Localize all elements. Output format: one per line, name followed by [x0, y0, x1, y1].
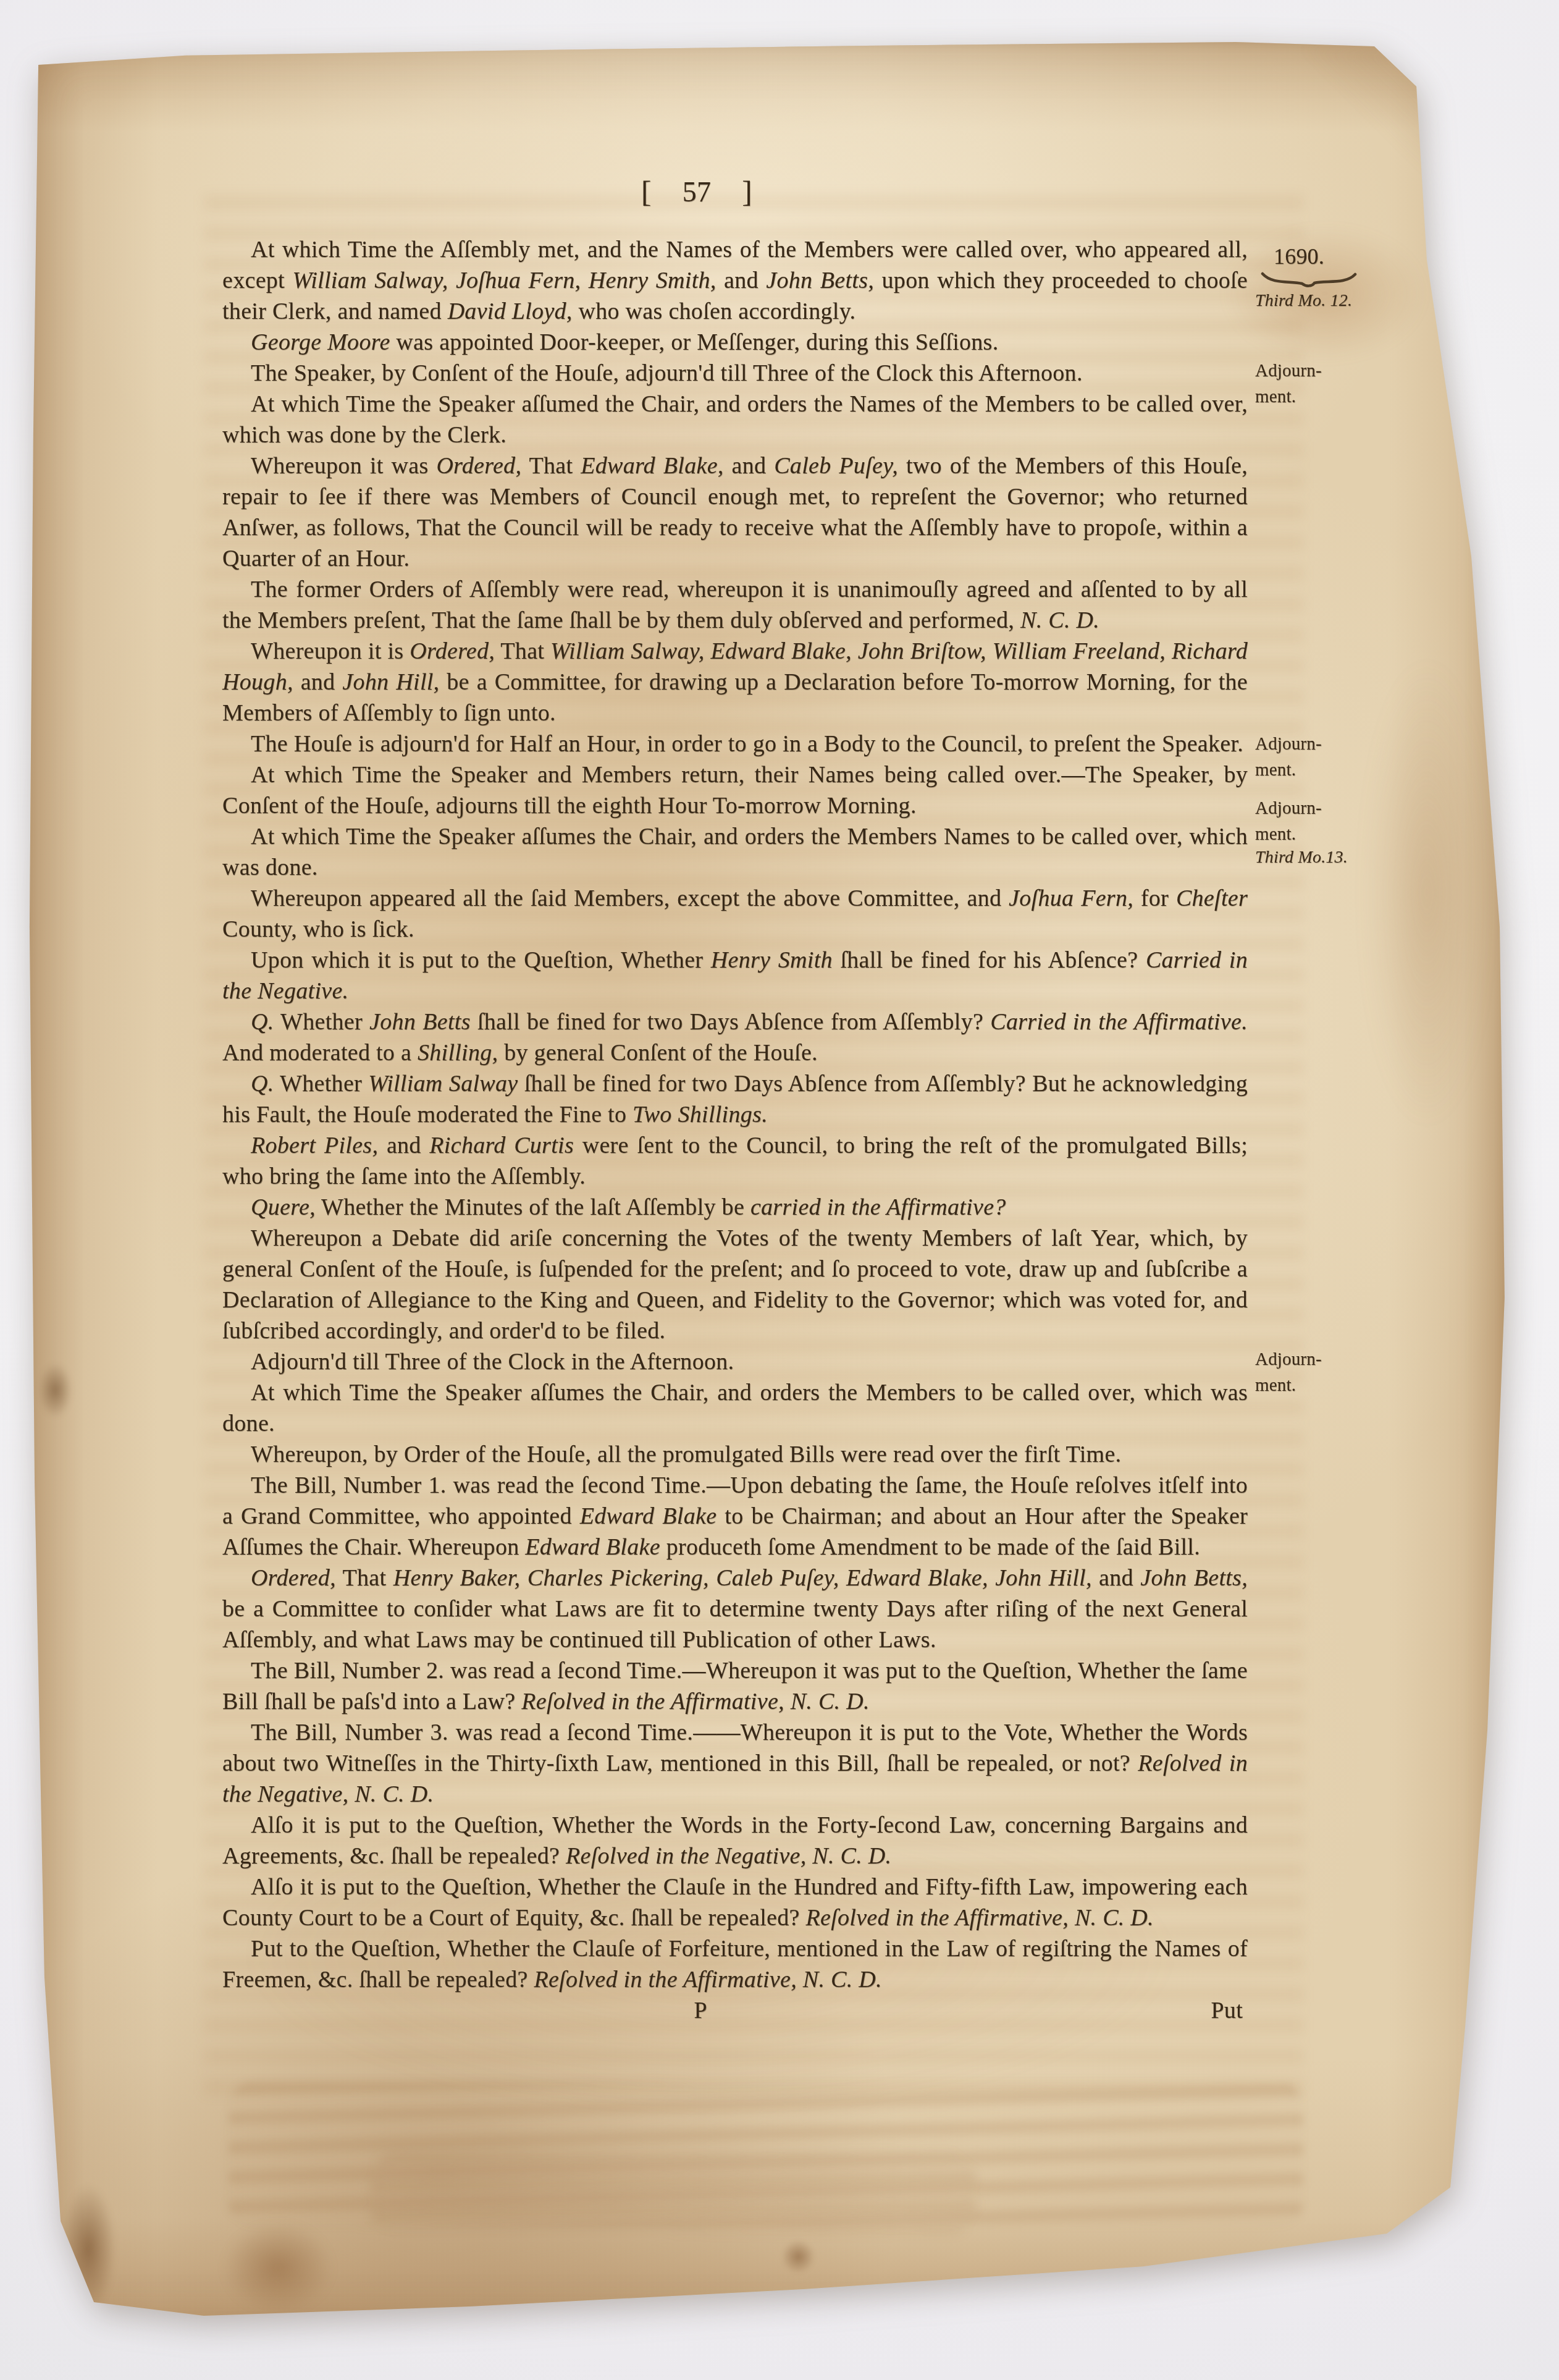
margin-note-adjournment-3: Adjourn- ment. [1255, 795, 1410, 847]
stain [61, 2184, 116, 2314]
paragraph: Whereupon it is Ordered, That William Sa… [222, 636, 1248, 728]
paragraph: Alſo it is put to the Queſtion, Whether … [222, 1810, 1248, 1872]
corner-fold-shadow [1297, 46, 1495, 207]
paragraph: Ordered, That Henry Baker, Charles Picke… [222, 1563, 1248, 1655]
page-number-bracket-left: [ [641, 174, 652, 208]
paragraph: Alſo it is put to the Queſtion, Whether … [222, 1872, 1248, 1933]
paragraph: At which Time the Aſſembly met, and the … [222, 234, 1248, 327]
paper-sheet: [57] At which Time the Aſſembly met, and… [25, 40, 1507, 2332]
paragraph: At which Time the Speaker and Members re… [222, 759, 1248, 821]
margin-note-adjournment-1: Adjourn- ment. [1255, 358, 1410, 410]
paragraph: Whereupon, by Order of the Houſe, all th… [222, 1439, 1248, 1470]
margin-note-date-1690: 1690. Third Mo. 12. [1255, 243, 1410, 312]
paragraph: Whereupon appeared all the ſaid Members,… [222, 883, 1248, 945]
paragraph: The Bill, Number 3. was read a ſecond Ti… [222, 1717, 1248, 1810]
paragraph: At which Time the Speaker aſſumes the Ch… [222, 1377, 1248, 1439]
page-number-value: 57 [683, 176, 712, 208]
paragraph: Quere, Whether the Minutes of the laſt A… [222, 1192, 1248, 1223]
document-page: [57] At which Time the Aſſembly met, and… [25, 40, 1507, 2332]
stain [781, 2240, 815, 2274]
paragraph: Put to the Queſtion, Whether the Clauſe … [222, 1933, 1248, 1995]
paragraph: The Speaker, by Conſent of the Houſe, ad… [222, 358, 1248, 389]
paragraph: The Bill, Number 1. was read the ſecond … [222, 1470, 1248, 1563]
margin-note-adjournment-2: Adjourn- ment. [1255, 731, 1410, 783]
page-number-bracket-right: ] [742, 174, 752, 208]
paragraph: Q. Whether William Salway ſhall be fined… [222, 1068, 1248, 1130]
text-block: [57] At which Time the Aſſembly met, and… [222, 176, 1248, 2027]
paragraph: Whereupon a Debate did ariſe concerning … [222, 1223, 1248, 1346]
paragraph: Upon which it is put to the Queſtion, Wh… [222, 945, 1248, 1006]
stain [222, 2221, 334, 2314]
page-number: [57] [184, 176, 1209, 224]
margin-year: 1690. [1255, 243, 1410, 270]
stain [1365, 658, 1489, 1128]
signature-line: P Put [222, 1995, 1248, 2027]
paragraph: The Bill, Number 2. was read a ſecond Ti… [222, 1655, 1248, 1717]
paragraph: At which Time the Speaker aſſumed the Ch… [222, 389, 1248, 450]
minutes-text: At which Time the Aſſembly met, and the … [222, 234, 1248, 1995]
paragraph: The Houſe is adjourn'd for Half an Hour,… [222, 728, 1248, 759]
margin-note-adjournment-4: Adjourn- ment. [1255, 1346, 1410, 1398]
margin-date: Third Mo. 12. [1255, 290, 1410, 312]
photograph-backdrop: [57] At which Time the Aſſembly met, and… [0, 0, 1559, 2380]
catchword: Put [1211, 1995, 1243, 2026]
show-through-text [229, 2082, 1303, 2227]
show-through-text [371, 2153, 976, 2234]
paragraph: The former Orders of Aſſembly were read,… [222, 574, 1248, 636]
margin-note-date-2: Third Mo.13. [1255, 845, 1410, 871]
paragraph: Adjourn'd till Three of the Clock in the… [222, 1346, 1248, 1377]
brace-icon [1260, 271, 1359, 287]
signature-mark: P [694, 1995, 707, 2026]
stain [38, 1362, 72, 1418]
paragraph: Whereupon it was Ordered, That Edward Bl… [222, 450, 1248, 574]
paragraph: George Moore was appointed Door-keeper, … [222, 327, 1248, 358]
paragraph: At which Time the Speaker aſſumes the Ch… [222, 821, 1248, 883]
paragraph: Robert Piles, and Richard Curtis were ſe… [222, 1130, 1248, 1192]
paragraph: Q. Whether John Betts ſhall be fined for… [222, 1006, 1248, 1068]
